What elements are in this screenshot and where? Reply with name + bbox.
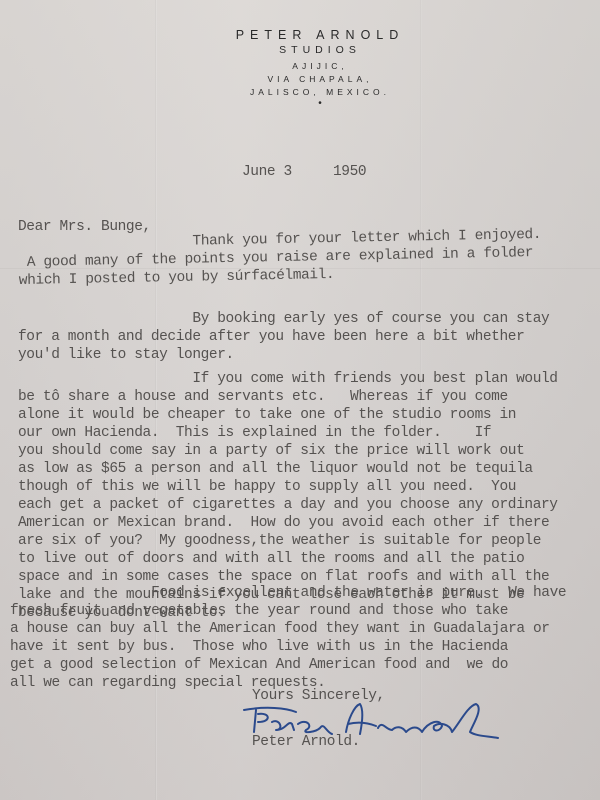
letterhead-address-line: AJIJIC, (0, 61, 600, 71)
typed-signature-name: Peter Arnold. (252, 733, 360, 751)
letterhead-address-line: VIA CHAPALA, (0, 74, 600, 84)
body-paragraph: Food is excellent and the water is pure.… (10, 584, 566, 692)
letterhead-address-line: JALISCO, MEXICO. (0, 87, 600, 97)
body-paragraph: Thank you for your letter which I enjoye… (18, 226, 542, 290)
letterhead-name: PETER ARNOLD (0, 28, 600, 42)
letter-paper: PETER ARNOLD STUDIOS AJIJIC, VIA CHAPALA… (0, 0, 600, 800)
body-paragraph: By booking early yes of course you can s… (18, 310, 549, 364)
letter-date: June 3 (242, 163, 292, 181)
letterhead-ornament-icon: • (0, 98, 600, 109)
letter-year: 1950 (333, 163, 366, 181)
letterhead-studios: STUDIOS (0, 44, 600, 56)
